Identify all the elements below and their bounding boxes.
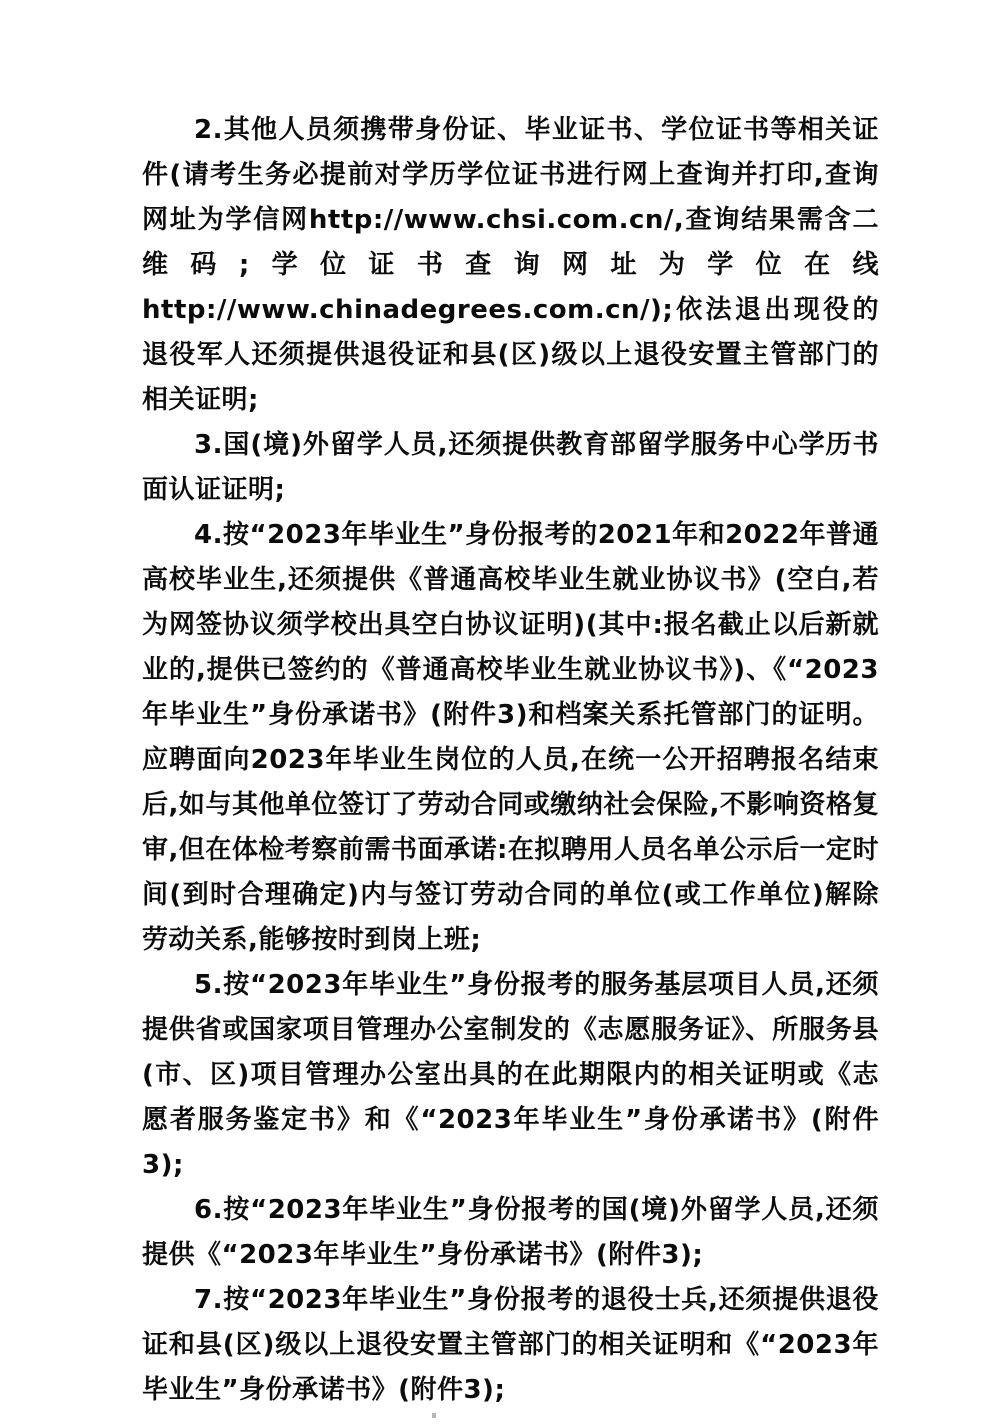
paragraph-item-4: 4.按“2023年毕业生”身份报考的2021年和2022年普通高校毕业生,还须提… xyxy=(142,513,879,963)
paragraph-item-5: 5.按“2023年毕业生”身份报考的服务基层项目人员,还须提供省或国家项目管理办… xyxy=(142,963,879,1188)
paragraph-item-2: 2.其他人员须携带身份证、毕业证书、学位证书等相关证件(请考生务必提前对学历学位… xyxy=(142,108,879,423)
paragraph-item-6: 6.按“2023年毕业生”身份报考的国(境)外留学人员,还须提供《“2023年毕… xyxy=(142,1188,879,1278)
paragraph-item-7: 7.按“2023年毕业生”身份报考的退役士兵,还须提供退役证和县(区)级以上退役… xyxy=(142,1278,879,1413)
scan-artifact-dot xyxy=(432,1413,436,1418)
paragraph-item-3: 3.国(境)外留学人员,还须提供教育部留学服务中心学历书面认证证明; xyxy=(142,423,879,513)
document-page: 2.其他人员须携带身份证、毕业证书、学位证书等相关证件(请考生务必提前对学历学位… xyxy=(0,0,1000,1425)
document-body-text: 2.其他人员须携带身份证、毕业证书、学位证书等相关证件(请考生务必提前对学历学位… xyxy=(142,108,879,1413)
